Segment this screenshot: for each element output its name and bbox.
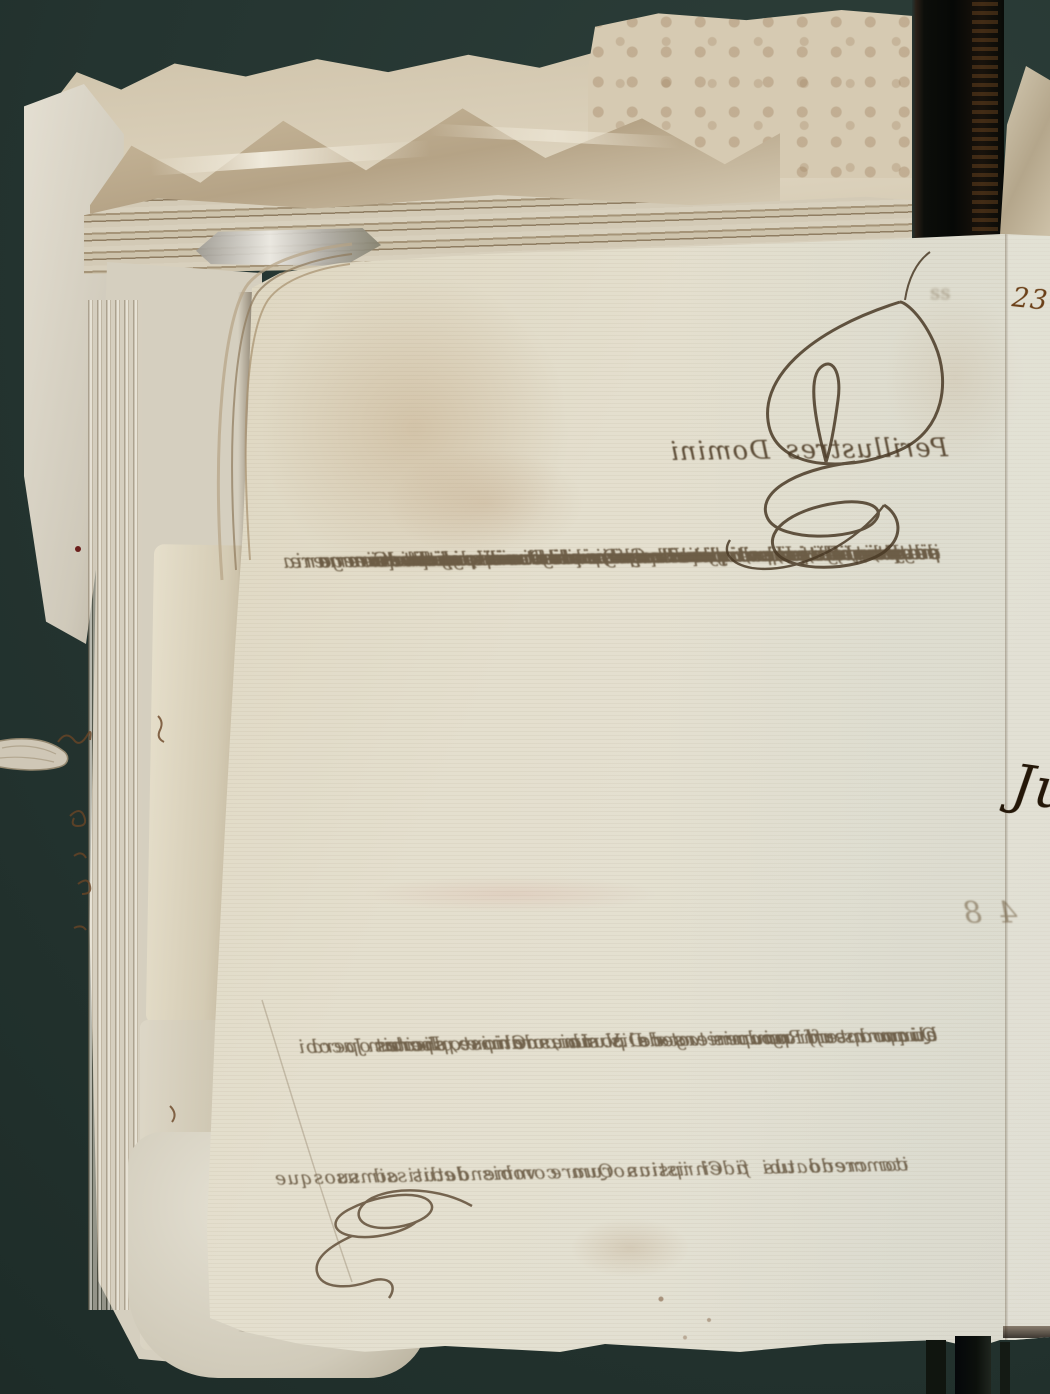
spine-strap-bottom [926,1340,946,1394]
stain [570,1218,690,1278]
right-edge-ink: Ju [1008,752,1050,823]
spine-strap-bottom [955,1336,991,1394]
ink-freckles [625,1278,745,1348]
ink-smudge: ss [930,280,951,304]
spine-strap-bottom [1000,1342,1010,1394]
folio-number: 23 [1010,282,1049,317]
pink-smear [365,876,655,912]
manuscript-page: + 23 ss Perillustres Domini eo Joannes, … [185,228,1050,1360]
spine-strap-rust [972,0,998,240]
mirrored-heading: Perillustres Domini [548,433,948,469]
right-leaf-shadow [1003,1326,1050,1338]
faint-numbers: 48 [947,896,1017,931]
shiny-fold [196,228,381,266]
manuscript-photo: + 23 ss Perillustres Domini eo Joannes, … [0,0,1050,1394]
